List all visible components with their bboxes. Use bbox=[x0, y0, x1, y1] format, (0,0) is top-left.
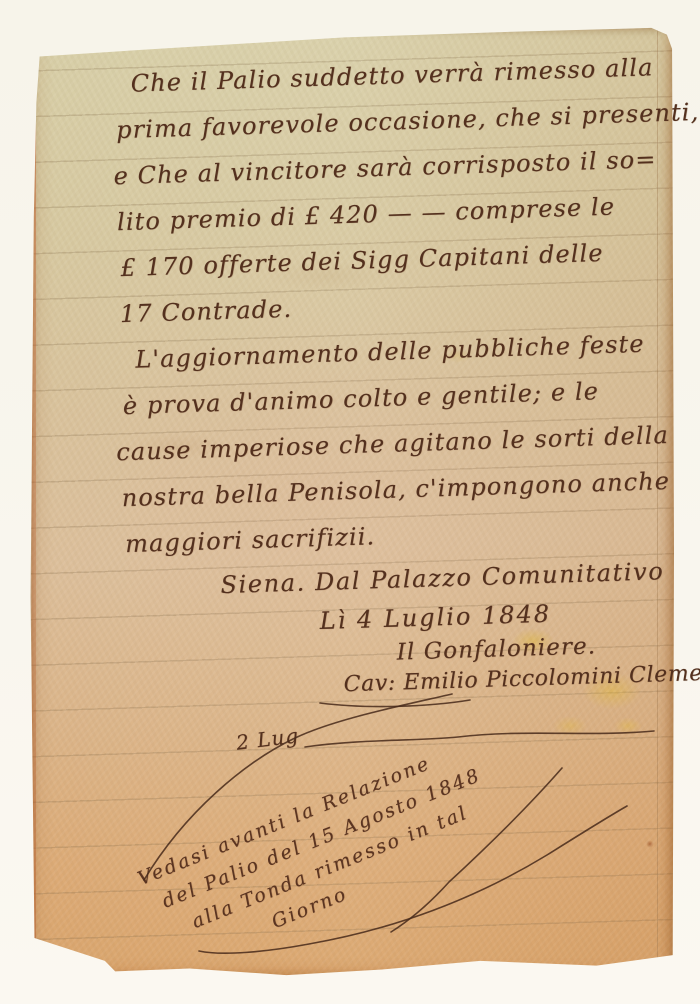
manuscript-text: Che il Palio suddetto verrà rimesso alla… bbox=[88, 43, 700, 707]
scanned-page-photo: Che il Palio suddetto verrà rimesso alla… bbox=[0, 0, 700, 1004]
